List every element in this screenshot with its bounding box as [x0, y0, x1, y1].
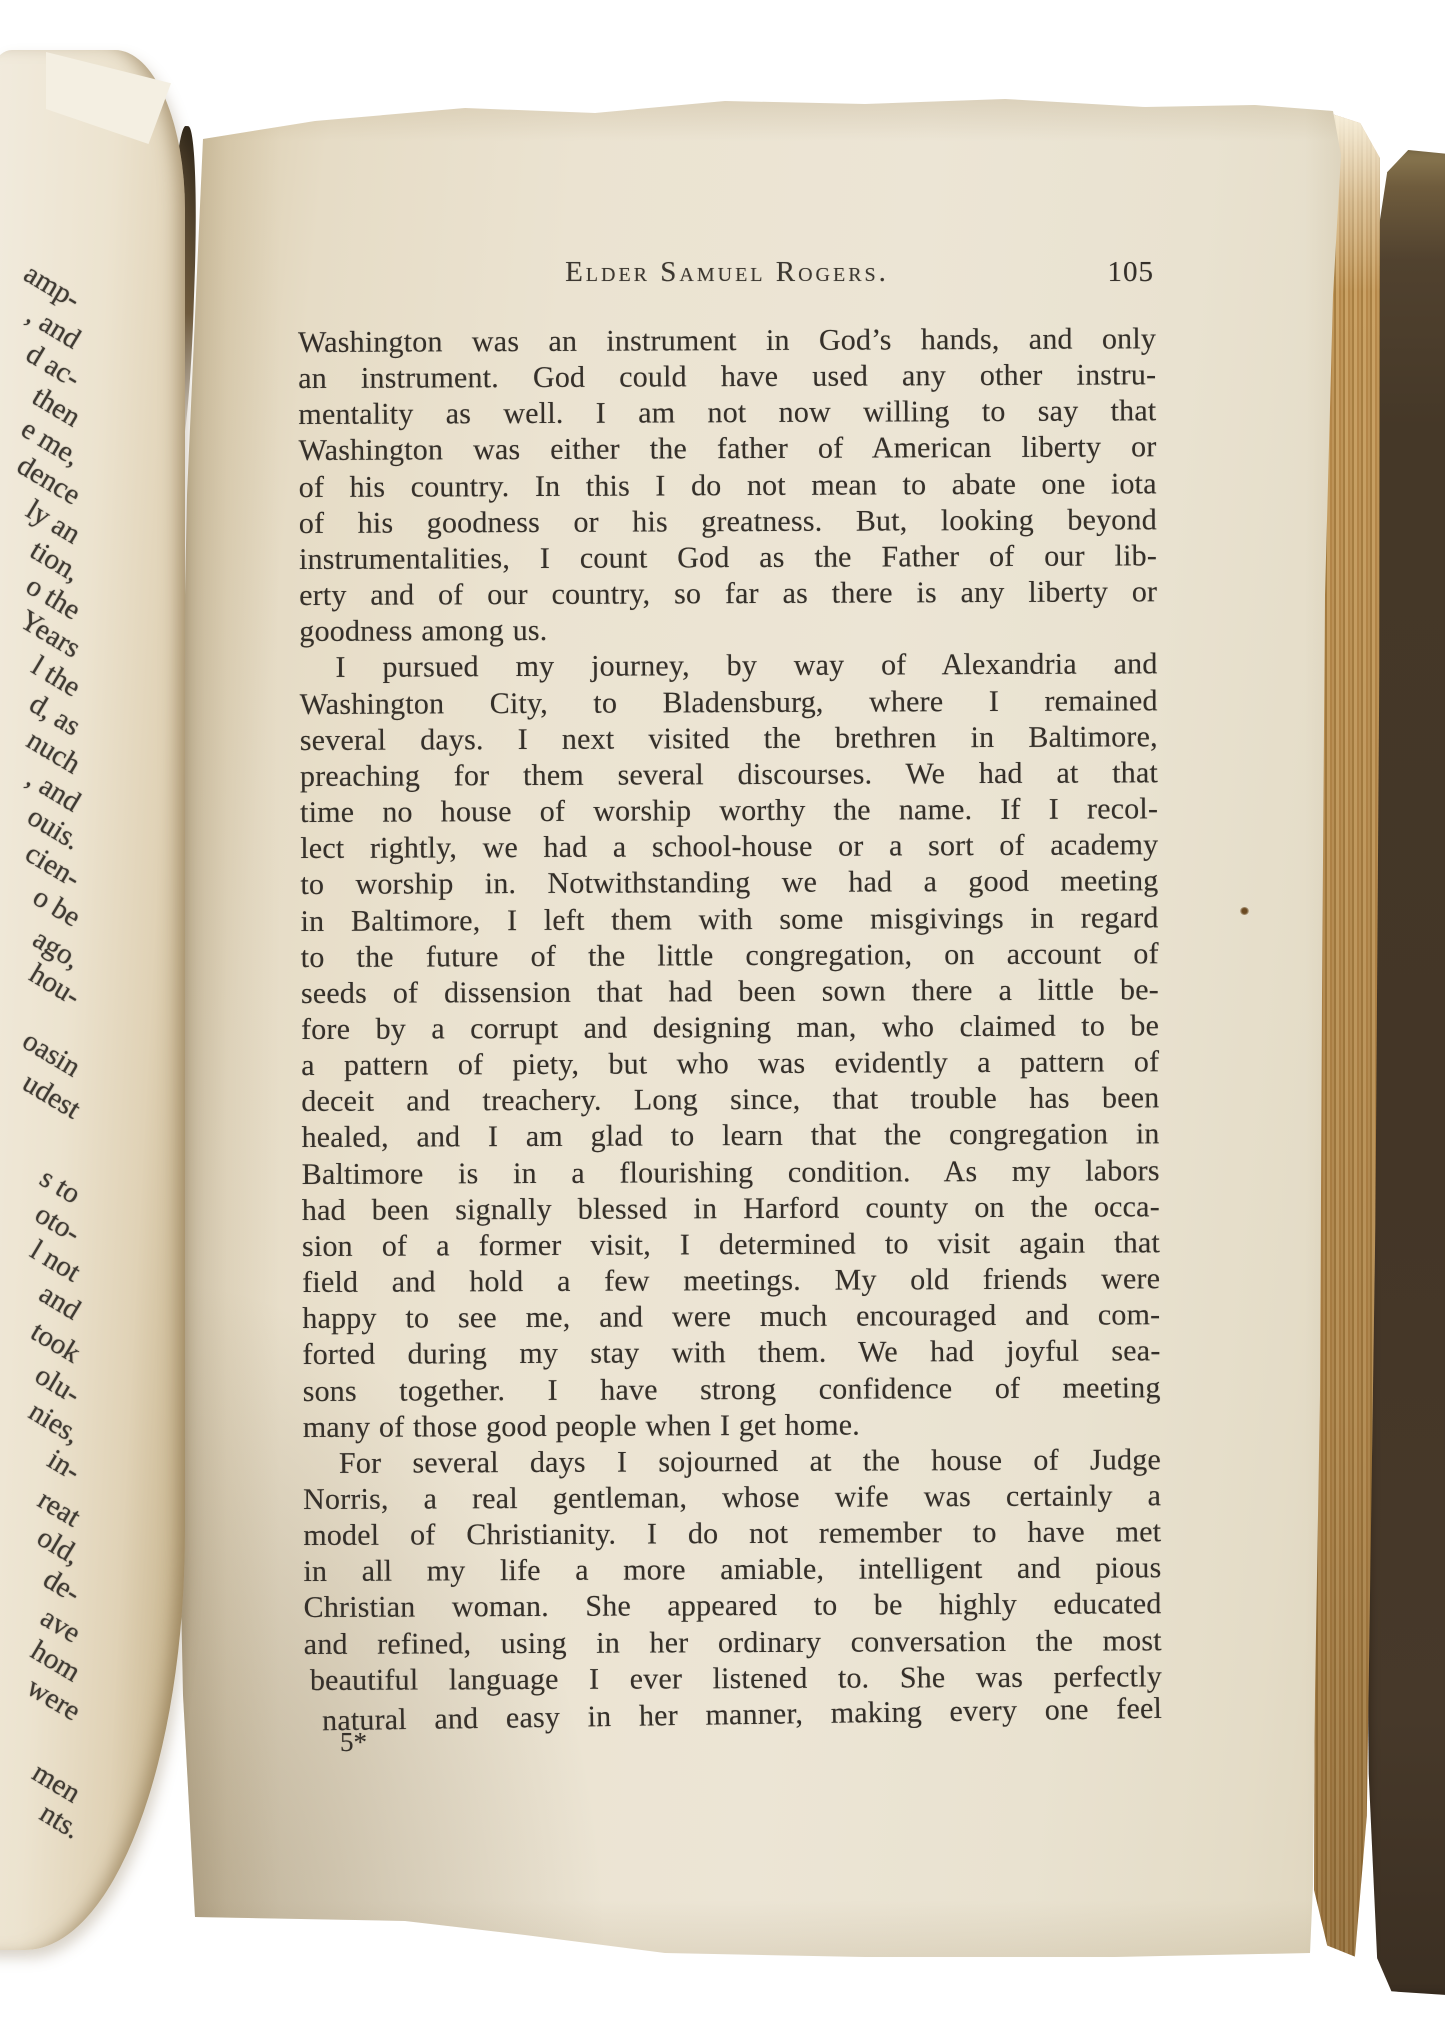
text-line: an instrument. God could have used any o… [298, 357, 1156, 397]
text-line: to worship in. Notwithstanding we had a … [300, 864, 1158, 904]
text-line: of his country. In this I do not mean to… [299, 466, 1157, 506]
foxing-spot [1240, 907, 1249, 915]
text-line: healed, and I am glad to learn that the … [301, 1117, 1159, 1157]
text-line: of his goodness or his greatness. But, l… [299, 502, 1157, 542]
text-line: deceit and treachery. Long since, that t… [301, 1081, 1159, 1121]
text-line: preaching for them several discourses. W… [300, 755, 1158, 795]
text-line: forted during my stay with them. We had … [302, 1334, 1160, 1374]
text-line: sion of a former visit, I determined to … [302, 1225, 1160, 1265]
text-line: Norris, a real gentleman, whose wife was… [303, 1478, 1161, 1518]
running-title: Elder Samuel Rogers. [565, 256, 889, 289]
book-photograph: Elder Samuel Rogers. 105 Washington was … [0, 0, 1445, 2023]
text-line: field and hold a few meetings. My old fr… [302, 1261, 1160, 1301]
opposite-page-edge [0, 50, 185, 1950]
text-line: lect rightly, we had a school-house or a… [300, 827, 1158, 867]
text-line: happy to see me, and were much encourage… [302, 1297, 1160, 1337]
text-line: Christian woman. She appeared to be high… [304, 1587, 1162, 1627]
text-line: For several days I sojourned at the hous… [303, 1442, 1161, 1482]
text-line: model of Christianity. I do not remember… [303, 1514, 1161, 1554]
text-line: Washington was an instrument in God’s ha… [298, 321, 1156, 361]
text-line: goodness among us. [299, 611, 1157, 651]
book-page: Elder Samuel Rogers. 105 Washington was … [165, 95, 1365, 1970]
text-line: fore by a corrupt and designing man, who… [301, 1008, 1159, 1048]
text-line: many of those good people when I get hom… [303, 1406, 1161, 1446]
text-line: and refined, using in her ordinary conve… [304, 1623, 1162, 1663]
text-line: instrumentalities, I count God as the Fa… [299, 538, 1157, 578]
page-header: Elder Samuel Rogers. 105 [298, 256, 1156, 298]
body-text: Washington was an instrument in God’s ha… [298, 321, 1162, 1735]
text-line: had been signally blessed in Harford cou… [302, 1189, 1160, 1229]
page-number: 105 [1108, 256, 1155, 289]
signature-mark: 5* [340, 1727, 367, 1758]
text-line: Washington City, to Bladensburg, where I… [300, 683, 1158, 723]
text-line: to the future of the little congregation… [301, 936, 1159, 976]
text-line: in Baltimore, I left them with some misg… [301, 900, 1159, 940]
text-line: mentality as well. I am not now willing … [298, 394, 1156, 434]
page-fold-corner [46, 52, 171, 144]
text-line: erty and of our country, so far as there… [299, 574, 1157, 614]
text-line: Washington was either the father of Amer… [298, 430, 1156, 470]
text-line: several days. I next visited the brethre… [300, 719, 1158, 759]
text-line: Baltimore is in a flourishing condition.… [302, 1153, 1160, 1193]
text-line: sons together. I have strong confidence … [303, 1370, 1161, 1410]
text-line: time no house of worship worthy the name… [300, 791, 1158, 831]
text-line: a pattern of piety, but who was evidentl… [301, 1044, 1159, 1084]
text-line: I pursued my journey, by way of Alexandr… [299, 647, 1157, 687]
text-line: in all my life a more amiable, intellige… [303, 1551, 1161, 1591]
text-line: seeds of dissension that had been sown t… [301, 972, 1159, 1012]
